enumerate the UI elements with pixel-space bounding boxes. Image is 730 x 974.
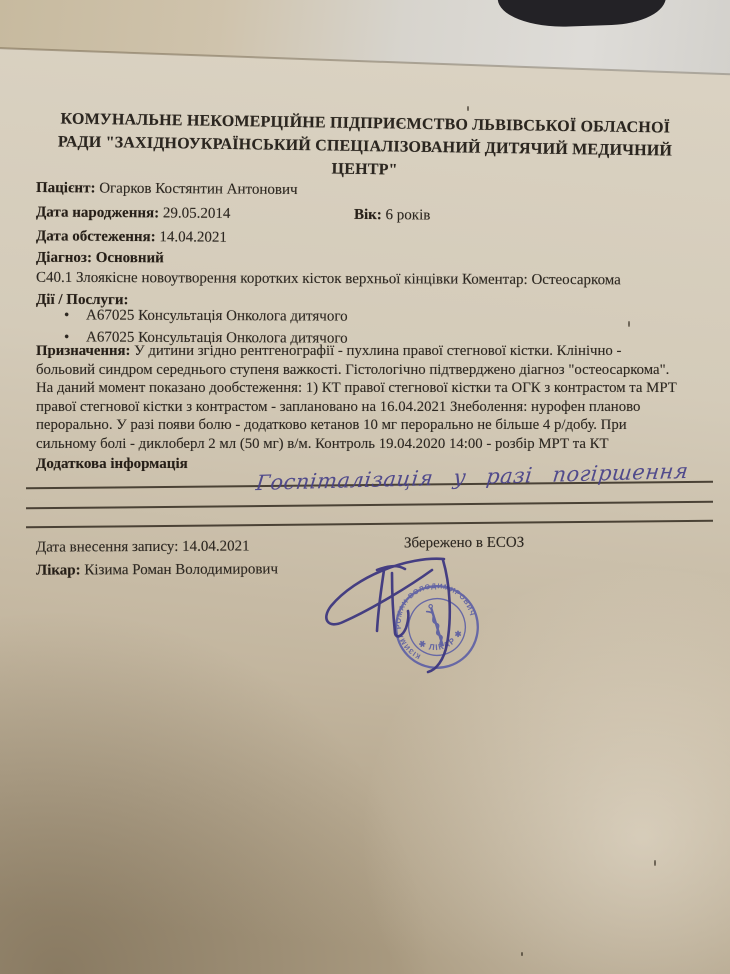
document-header: КОМУНАЛЬНЕ НЕКОМЕРЦІЙНЕ ПІДПРИЄМСТВО ЛЬВ… [0,107,730,187]
age-value: 6 років [386,207,431,223]
exam-date-value: 14.04.2021 [159,229,227,246]
doctor-value: Кізима Роман Володимирович [84,561,278,578]
doctor-label: Лікар: [36,562,81,578]
record-date-row: Дата внесення запису: 14.04.2021 [36,538,250,556]
prescription-paragraph: Призначення: У дитини згідно рентгеногра… [36,342,677,473]
doctor-signature [300,545,525,715]
birth-date-row: Дата народження: 29.05.2014 Вік: 6 років [36,204,696,226]
prescription-line: Призначення: У дитини згідно рентгеногра… [36,342,677,361]
prescription-line: сильному болі - диклоберл 2 мл (50 мг) в… [36,435,677,454]
patient-row: Пацієнт: Огарков Костянтин Антонович [36,180,298,199]
photo-of-document: КОМУНАЛЬНЕ НЕКОМЕРЦІЙНЕ ПІДПРИЄМСТВО ЛЬВ… [0,0,730,974]
prescription-text: У дитини згідно рентгенографії - пухлина… [134,343,621,359]
exam-date-label: Дата обстеження: [36,228,156,245]
birth-date: Дата народження: 29.05.2014 [36,204,230,222]
prescription-line: На даний момент показано дообстеження: 1… [36,379,677,398]
diagnosis-detail-row: C40.1 Злоякісне новоутворення коротких к… [36,270,621,290]
patient-value: Огарков Костянтин Антонович [99,180,297,198]
ruled-line [26,501,713,509]
paper-speck [628,321,630,327]
signature-stroke [428,560,450,672]
bullet-icon: • [64,307,69,324]
paper-speck [654,860,656,866]
header-line: ЦЕНТР" [331,158,397,182]
diagnosis-label: Діагноз: [36,250,92,266]
diagnosis-value: Основний [96,250,164,266]
record-date-label: Дата внесення запису: [36,539,178,556]
age-label: Вік: [354,207,382,223]
paper-speck [521,952,523,956]
prescription-label: Призначення: [36,343,130,359]
birth-date-label: Дата народження: [36,204,159,221]
paper-speck [467,106,469,111]
birth-date-value: 29.05.2014 [163,205,231,222]
age-field: Вік: 6 років [354,207,430,225]
doctor-row: Лікар: Кізима Роман Володимирович [36,561,278,579]
prescription-line: больовий синдром середнього ступеня важк… [36,361,677,380]
paper-sheet: КОМУНАЛЬНЕ НЕКОМЕРЦІЙНЕ ПІДПРИЄМСТВО ЛЬВ… [0,0,730,974]
ruled-line [26,520,713,528]
diagnosis-row: Діагноз: Основний [36,250,164,268]
prescription-line: правої стегнової кістки з контрастом - з… [36,398,677,417]
prescription-line: перорально. У разі появи болю - додатков… [36,416,677,435]
service-text: А67025 Консультація Онколога дитячого [86,307,348,324]
service-item: • А67025 Консультація Онколога дитячого [64,307,348,325]
patient-label: Пацієнт: [36,180,96,196]
exam-date-row: Дата обстеження: 14.04.2021 [36,228,227,246]
record-date-value: 14.04.2021 [182,538,250,554]
diagnosis-detail: C40.1 Злоякісне новоутворення коротких к… [36,270,621,289]
services-label: Дії / Послуги: [36,292,129,308]
